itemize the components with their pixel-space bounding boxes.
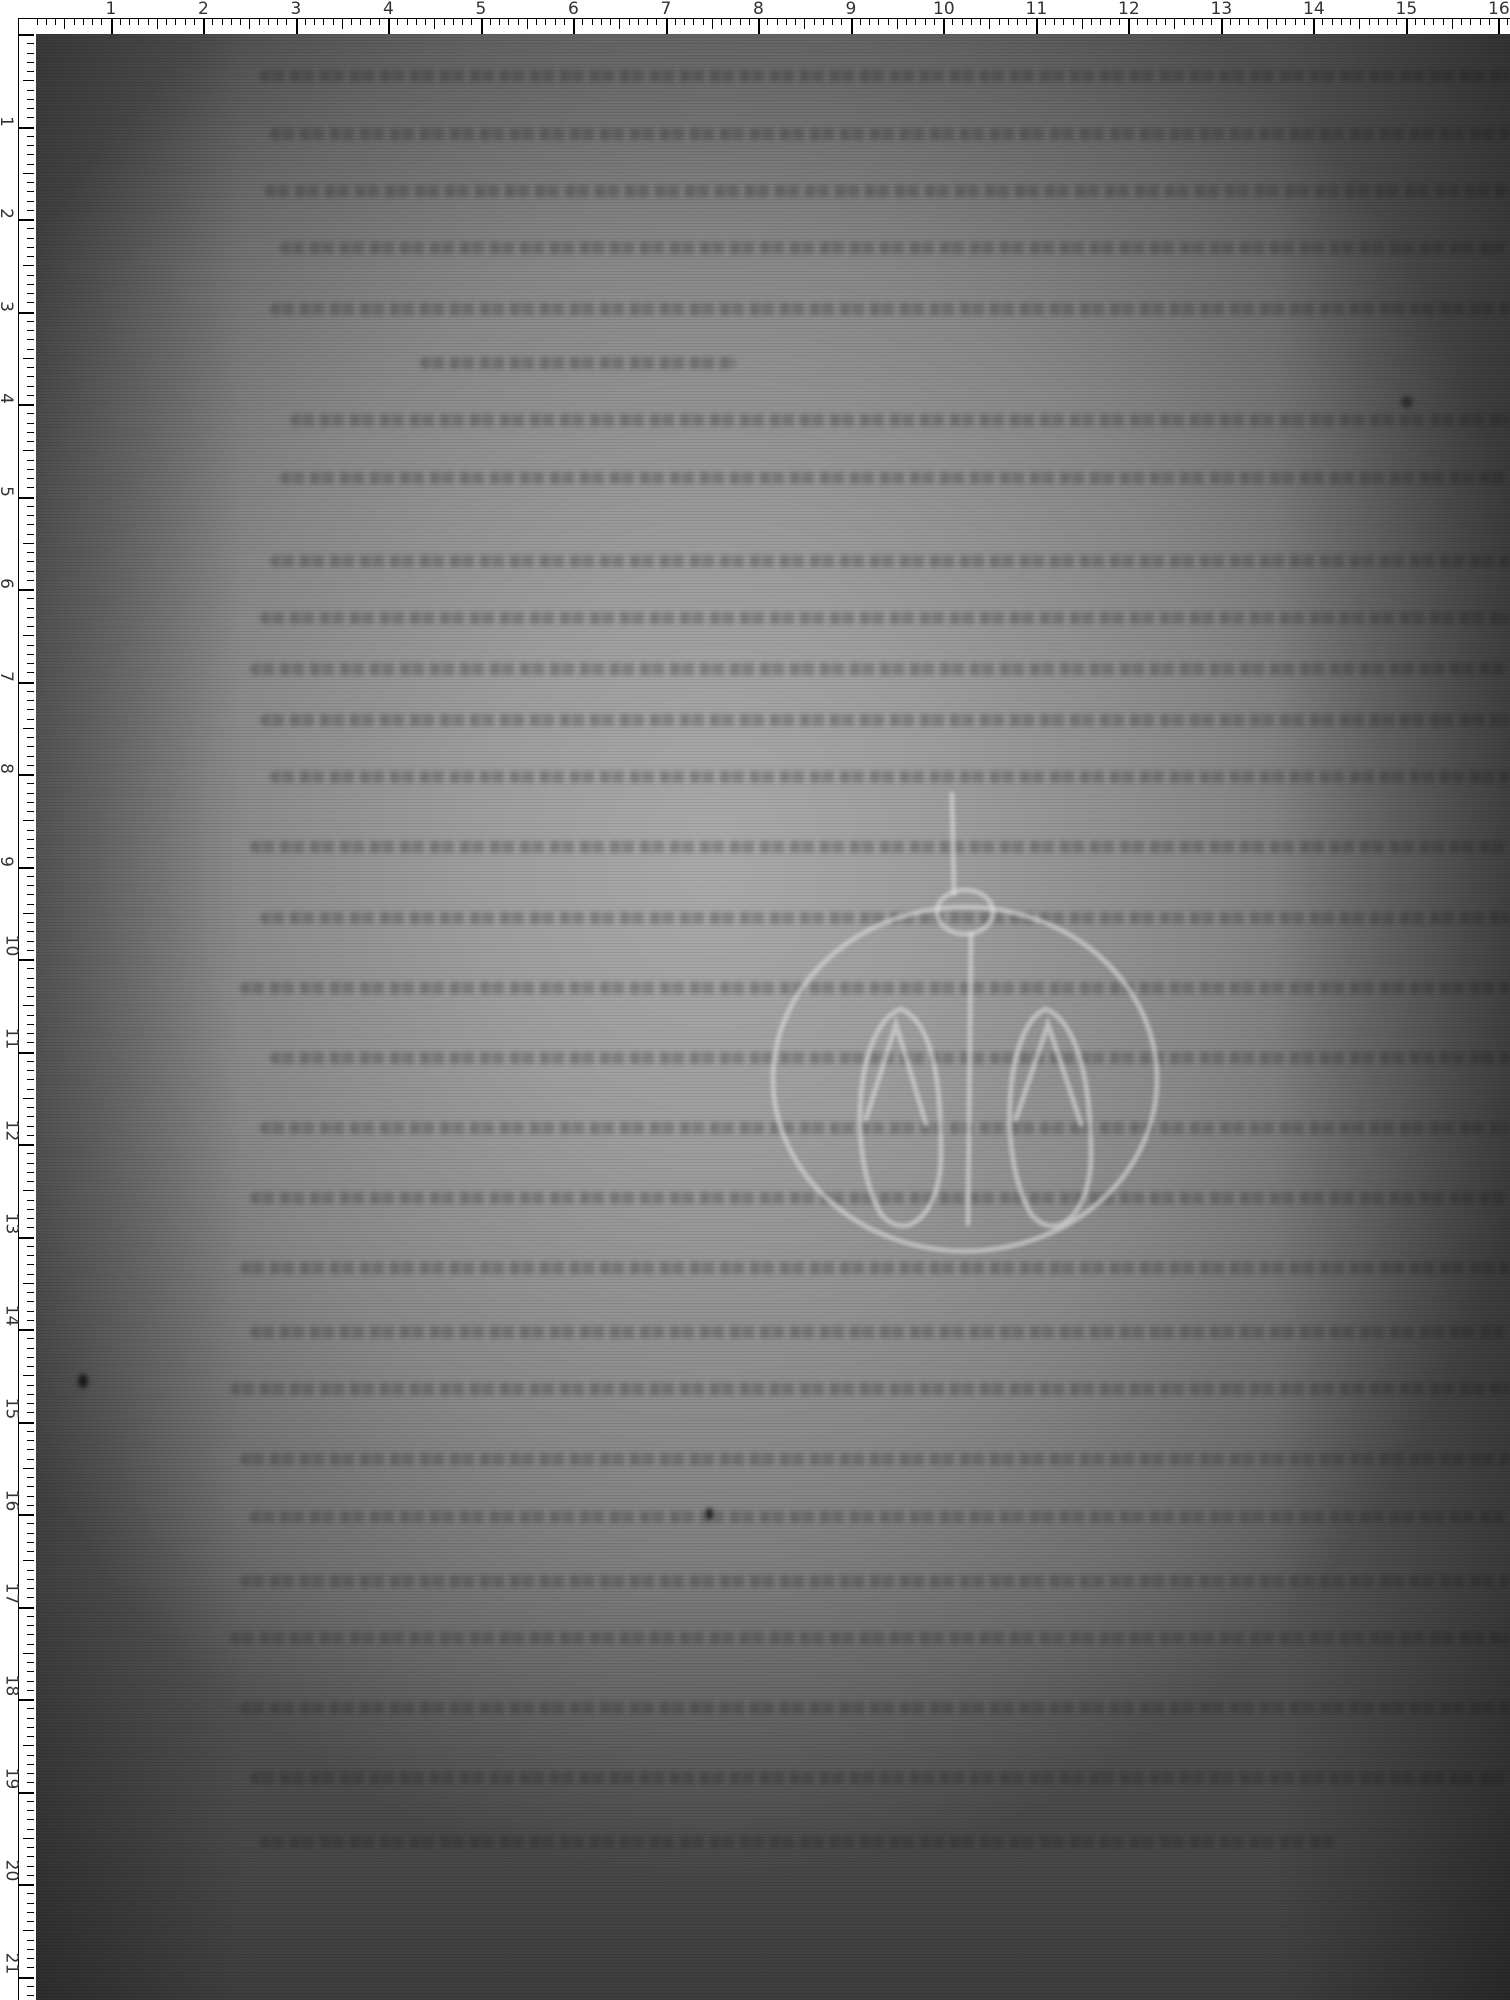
ruler-tick <box>27 663 34 664</box>
ruler-tick <box>27 1801 34 1802</box>
ruler-tick <box>27 99 34 100</box>
ruler-tick <box>1230 18 1231 25</box>
ruler-tick <box>27 941 34 942</box>
ruler-tick <box>323 18 324 25</box>
ruler-tick <box>27 1625 34 1626</box>
ruler-tick <box>27 293 34 294</box>
ruler-tick <box>212 18 213 25</box>
ruler-label: 17 <box>2 1582 19 1604</box>
ruler-label: 6 <box>568 1 579 18</box>
ruler-tick <box>27 1403 34 1404</box>
ruler-tick <box>27 1533 34 1534</box>
ruler-tick <box>675 18 676 25</box>
ruler-tick <box>46 18 47 25</box>
ruler-tick <box>27 654 34 655</box>
ruler-tick <box>18 1699 34 1701</box>
ruler-tick <box>138 18 139 25</box>
ruler-tick <box>1137 18 1138 25</box>
ruler-tick <box>1267 18 1268 29</box>
ruler-tick <box>27 1116 34 1117</box>
ruler-tick <box>508 18 509 25</box>
ruler-tick <box>1147 18 1148 25</box>
ruler-tick <box>1248 18 1249 25</box>
ruler-tick <box>27 275 34 276</box>
ruler-tick <box>943 18 945 34</box>
ruler-label: 1 <box>0 116 14 127</box>
ruler-label: 16 <box>1488 1 1510 18</box>
ruler-tick <box>27 922 34 923</box>
ruler-tick <box>27 1024 34 1025</box>
ruler-tick <box>27 515 34 516</box>
ruler-tick <box>18 682 34 684</box>
ruler-tick <box>27 349 34 350</box>
ruler-tick <box>120 18 121 25</box>
ruler-label: 15 <box>2 1397 19 1419</box>
ruler-tick <box>1026 18 1027 25</box>
ruler-tick <box>27 848 34 849</box>
horizontal-ruler: 012345678910111213141516 <box>0 0 1510 34</box>
ruler-tick <box>1193 18 1194 25</box>
ruler-tick <box>360 18 361 25</box>
ruler-tick <box>27 191 34 192</box>
ruler-tick <box>18 1977 34 1979</box>
ruler-tick <box>27 626 34 627</box>
ruler-tick <box>333 18 334 25</box>
ruler-tick <box>27 1061 34 1062</box>
ruler-tick <box>277 18 278 25</box>
ruler-tick <box>425 18 426 25</box>
ruler-tick <box>610 18 611 25</box>
ruler-tick <box>730 18 731 25</box>
ruler-label: 3 <box>0 301 14 312</box>
ruler-tick <box>1489 18 1490 25</box>
ruler-tick <box>23 80 34 81</box>
ruler-tick <box>1387 18 1388 25</box>
ruler-tick <box>222 18 223 25</box>
ruler-tick <box>1211 18 1212 25</box>
ruler-tick <box>203 18 205 34</box>
ruler-tick <box>27 783 34 784</box>
ruler-tick <box>18 404 34 406</box>
ruler-tick <box>27 506 34 507</box>
ruler-tick <box>18 959 34 961</box>
ruler-tick <box>453 18 454 25</box>
ruler-tick <box>860 18 861 25</box>
ruler-tick <box>27 719 34 720</box>
ruler-tick <box>1322 18 1323 25</box>
ruler-tick <box>27 395 34 396</box>
ruler-tick <box>1017 18 1018 25</box>
ruler-tick <box>758 18 760 34</box>
ruler-tick <box>27 1366 34 1367</box>
ruler-tick <box>27 746 34 747</box>
ruler-tick <box>1359 18 1360 29</box>
ruler-label: 15 <box>1396 1 1418 18</box>
ruler-tick <box>185 18 186 25</box>
ruler-label: 8 <box>0 763 14 774</box>
ruler-tick <box>555 18 556 25</box>
ruler-label: 11 <box>1026 1 1048 18</box>
ruler-tick <box>564 18 565 25</box>
ruler-tick <box>27 756 34 757</box>
ruler-tick <box>1184 18 1185 25</box>
ruler-tick <box>23 450 34 451</box>
ruler-tick <box>1406 18 1408 34</box>
ruler-tick <box>527 18 528 29</box>
ruler-tick <box>27 608 34 609</box>
ruler-tick <box>999 18 1000 25</box>
ruler-tick <box>481 18 483 34</box>
ruler-tick <box>656 18 657 25</box>
ruler-tick <box>27 1015 34 1016</box>
ruler-label: 8 <box>753 1 764 18</box>
ruler-tick <box>1119 18 1120 25</box>
ruler-tick <box>27 413 34 414</box>
ruler-tick <box>906 18 907 25</box>
ruler-tick <box>934 18 935 25</box>
ruler-tick <box>23 358 34 359</box>
ruler-tick <box>27 1486 34 1487</box>
ruler-tick <box>27 978 34 979</box>
ruler-tick <box>27 136 34 137</box>
ruler-tick <box>27 182 34 183</box>
ruler-tick <box>490 18 491 25</box>
ruler-tick <box>1156 18 1157 25</box>
ruler-tick <box>27 811 34 812</box>
ruler-tick <box>27 90 34 91</box>
ruler-tick <box>27 1126 34 1127</box>
ruler-tick <box>27 1893 34 1894</box>
ruler-tick <box>1258 18 1259 25</box>
ruler-tick <box>27 709 34 710</box>
ruler-tick <box>37 18 38 25</box>
ruler-tick <box>1452 18 1453 29</box>
ruler-tick <box>27 1153 34 1154</box>
ruler-tick <box>27 561 34 562</box>
ruler-label: 19 <box>2 1767 19 1789</box>
ruler-tick <box>231 18 232 25</box>
ruler-tick <box>27 1412 34 1413</box>
ruler-tick <box>1350 18 1351 25</box>
ruler-tick <box>980 18 981 25</box>
ruler-tick <box>249 18 250 29</box>
ruler-tick <box>1082 18 1083 29</box>
ruler-tick <box>416 18 417 25</box>
ruler-tick <box>27 839 34 840</box>
ruler-tick <box>101 18 102 25</box>
ruler-tick <box>27 1588 34 1589</box>
ruler-tick <box>27 1459 34 1460</box>
ruler-tick <box>647 18 648 25</box>
ruler-tick <box>27 1986 34 1987</box>
ruler-tick <box>27 201 34 202</box>
ruler-label: 7 <box>0 671 14 682</box>
ruler-tick <box>92 18 93 25</box>
ruler-tick <box>1063 18 1064 25</box>
ruler-tick <box>18 312 34 314</box>
ruler-tick <box>23 265 34 266</box>
ruler-tick <box>27 1644 34 1645</box>
ruler-tick <box>27 904 34 905</box>
ruler-tick <box>27 330 34 331</box>
ruler-tick <box>629 18 630 25</box>
ruler-tick <box>27 598 34 599</box>
ruler-tick <box>27 487 34 488</box>
ruler-tick <box>27 1570 34 1571</box>
ruler-tick <box>536 18 537 25</box>
ruler-tick <box>23 635 34 636</box>
ruler-tick <box>27 580 34 581</box>
ruler-tick <box>27 228 34 229</box>
ruler-tick <box>27 802 34 803</box>
ruler-tick <box>1341 18 1342 25</box>
ruler-label: 10 <box>2 935 19 957</box>
ruler-label: 13 <box>2 1212 19 1234</box>
ruler-tick <box>1100 18 1101 25</box>
ruler-tick <box>18 1884 34 1886</box>
ruler-tick <box>27 1181 34 1182</box>
ruler-tick <box>379 18 380 25</box>
ruler-tick <box>1415 18 1416 25</box>
ruler-tick <box>27 1431 34 1432</box>
ruler-tick <box>27 1107 34 1108</box>
ruler-tick <box>27 1764 34 1765</box>
ruler-tick <box>27 700 34 701</box>
ruler-tick <box>27 1782 34 1783</box>
ruler-tick <box>296 18 298 34</box>
ruler-tick <box>27 1995 34 1996</box>
ruler-tick <box>27 691 34 692</box>
ruler-tick <box>18 497 34 499</box>
ruler-label: 2 <box>198 1 209 18</box>
ruler-tick <box>1470 18 1471 25</box>
ruler-tick <box>462 18 463 25</box>
ruler-tick <box>74 18 75 25</box>
ruler-tick <box>18 1607 34 1609</box>
ruler-tick <box>27 765 34 766</box>
ruler-tick <box>434 18 435 29</box>
ruler-tick <box>27 210 34 211</box>
ruler-tick <box>841 18 842 25</box>
vertical-ruler-scale <box>18 18 34 2000</box>
ruler-tick <box>27 1274 34 1275</box>
ruler-tick <box>27 1875 34 1876</box>
ruler-tick <box>259 18 260 25</box>
ruler-tick <box>388 18 390 34</box>
ruler-tick <box>573 18 575 34</box>
ruler-tick <box>27 367 34 368</box>
ruler-tick <box>27 71 34 72</box>
ruler-tick <box>27 1042 34 1043</box>
ruler-tick <box>27 1542 34 1543</box>
ruler-tick <box>1396 18 1397 25</box>
ruler-tick <box>27 1070 34 1071</box>
ruler-tick <box>23 728 34 729</box>
ruler-label: 7 <box>661 1 672 18</box>
ruler-tick <box>23 1005 34 1006</box>
ruler-tick <box>499 18 500 25</box>
ruler-tick <box>27 617 34 618</box>
ruler-tick <box>712 18 713 29</box>
ruler-tick <box>166 18 167 25</box>
ruler-tick <box>27 1662 34 1663</box>
ruler-tick <box>27 1209 34 1210</box>
ruler-tick <box>18 219 34 221</box>
ruler-tick <box>27 376 34 377</box>
ruler-label: 5 <box>0 486 14 497</box>
ruler-tick <box>18 1422 34 1424</box>
ruler-tick <box>1110 18 1111 25</box>
ruler-tick <box>27 53 34 54</box>
ruler-tick <box>27 117 34 118</box>
ruler-tick <box>27 469 34 470</box>
ruler-label: 4 <box>0 393 14 404</box>
ruler-tick <box>795 18 796 25</box>
ruler-tick <box>703 18 704 25</box>
ruler-tick <box>27 1311 34 1312</box>
ruler-tick <box>27 1551 34 1552</box>
ruler-tick <box>1045 18 1046 25</box>
ruler-tick <box>897 18 898 29</box>
ruler-tick <box>23 1468 34 1469</box>
ruler-tick <box>27 645 34 646</box>
vertical-ruler: 123456789101112131415161718192021 <box>0 0 34 2000</box>
ruler-tick <box>1202 18 1203 25</box>
ruler-label: 10 <box>933 1 955 18</box>
ruler-tick <box>27 43 34 44</box>
ruler-label: 5 <box>476 1 487 18</box>
ruler-tick <box>18 1514 34 1516</box>
ruler-tick <box>27 1385 34 1386</box>
ruler-tick <box>27 1847 34 1848</box>
ruler-tick <box>23 543 34 544</box>
ruler-tick <box>1507 18 1508 25</box>
ruler-tick <box>175 18 176 25</box>
ruler-tick <box>27 1810 34 1811</box>
ruler-tick <box>749 18 750 25</box>
ruler-tick <box>18 1237 34 1239</box>
ruler-tick <box>18 774 34 776</box>
ruler-tick <box>27 1496 34 1497</box>
ruler-tick <box>27 524 34 525</box>
ruler-tick <box>27 793 34 794</box>
ruler-tick <box>1369 18 1370 25</box>
ruler-label: 16 <box>2 1490 19 1512</box>
ruler-tick <box>27 885 34 886</box>
ruler-tick <box>27 164 34 165</box>
ruler-tick <box>27 1264 34 1265</box>
manuscript-scan <box>36 34 1510 2000</box>
ruler-tick <box>27 571 34 572</box>
ruler-tick <box>1174 18 1175 29</box>
ruler-label: 18 <box>2 1675 19 1697</box>
ruler-tick <box>27 1819 34 1820</box>
ruler-tick <box>23 913 34 914</box>
ruler-tick <box>1054 18 1055 25</box>
ruler-tick <box>1304 18 1305 25</box>
ruler-tick <box>1378 18 1379 25</box>
ruler-label: 11 <box>2 1027 19 1049</box>
ruler-label: 9 <box>0 856 14 867</box>
ruler-tick <box>1295 18 1296 25</box>
ruler-tick <box>786 18 787 25</box>
ruler-tick <box>314 18 315 25</box>
ruler-tick <box>27 876 34 877</box>
ruler-tick <box>27 1903 34 1904</box>
ruler-tick <box>27 1477 34 1478</box>
ruler-tick <box>27 987 34 988</box>
ruler-tick <box>27 1949 34 1950</box>
ruler-tick <box>286 18 287 25</box>
ruler-tick <box>18 589 34 591</box>
ruler-tick <box>27 1967 34 1968</box>
ruler-tick <box>27 1727 34 1728</box>
scan-vignette <box>36 34 1510 2000</box>
ruler-tick <box>157 18 158 29</box>
ruler-tick <box>27 62 34 63</box>
ruler-tick <box>64 18 65 29</box>
ruler-tick <box>18 34 34 36</box>
ruler-tick <box>27 145 34 146</box>
ruler-tick <box>693 18 694 25</box>
ruler-tick <box>27 1773 34 1774</box>
ruler-tick <box>27 247 34 248</box>
ruler-label: 21 <box>2 1952 19 1974</box>
ruler-tick <box>370 18 371 25</box>
ruler-tick <box>27 386 34 387</box>
ruler-tick <box>23 1838 34 1839</box>
ruler-tick <box>27 1172 34 1173</box>
ruler-tick <box>1239 18 1240 25</box>
ruler-tick <box>351 18 352 25</box>
ruler-tick <box>1480 18 1481 25</box>
ruler-tick <box>23 1653 34 1654</box>
ruler-tick <box>1443 18 1444 25</box>
ruler-tick <box>27 238 34 239</box>
ruler-tick <box>27 1912 34 1913</box>
ruler-tick <box>666 18 668 34</box>
ruler-tick <box>869 18 870 25</box>
ruler-tick <box>27 1856 34 1857</box>
ruler-tick <box>684 18 685 25</box>
ruler-tick <box>27 1597 34 1598</box>
ruler-tick <box>27 1338 34 1339</box>
ruler-tick <box>1036 18 1038 34</box>
ruler-tick <box>111 18 113 34</box>
ruler-tick <box>27 1505 34 1506</box>
ruler-tick <box>777 18 778 25</box>
ruler-tick <box>18 1329 34 1331</box>
ruler-tick <box>27 1866 34 1867</box>
ruler-tick <box>27 1357 34 1358</box>
ruler-tick <box>804 18 805 29</box>
ruler-tick <box>27 284 34 285</box>
ruler-label: 4 <box>383 1 394 18</box>
ruler-tick <box>27 1440 34 1441</box>
ruler-tick <box>18 127 34 129</box>
ruler-tick <box>23 1930 34 1931</box>
ruler-tick <box>721 18 722 25</box>
ruler-tick <box>1073 18 1074 25</box>
ruler-tick <box>767 18 768 25</box>
ruler-tick <box>27 478 34 479</box>
ruler-tick <box>27 968 34 969</box>
ruler-tick <box>129 18 130 25</box>
ruler-tick <box>27 441 34 442</box>
ruler-tick <box>27 1255 34 1256</box>
ruler-tick <box>27 534 34 535</box>
ruler-tick <box>83 18 84 25</box>
